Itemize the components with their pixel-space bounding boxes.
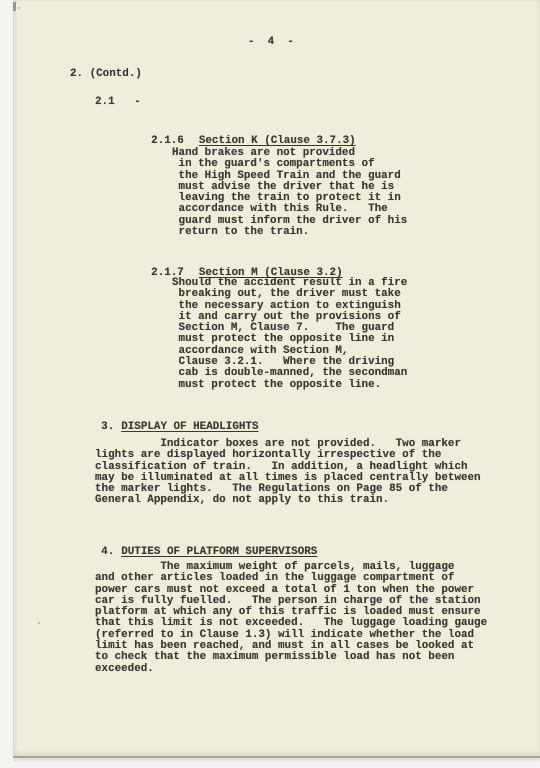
paper-speck bbox=[38, 622, 40, 624]
scanned-page: - 4 - 2. (Contd.) 2.1 - 2.1.6Section K (… bbox=[13, 0, 540, 758]
section-number: 3. bbox=[101, 421, 114, 433]
page-number: - 4 - bbox=[248, 37, 338, 48]
section-number: 4. bbox=[101, 546, 114, 558]
clause-2-1-6-body: Hand brakes are not provided in the guar… bbox=[172, 148, 407, 238]
section-4-body: The maximum weight of parcels, mails, lu… bbox=[95, 562, 487, 675]
section-heading: DUTIES OF PLATFORM SUPERVISORS bbox=[121, 546, 317, 558]
section-heading: DISPLAY OF HEADLIGHTS bbox=[121, 421, 258, 433]
section-contd-label: 2. (Contd.) bbox=[70, 69, 142, 80]
section-3-body: Indicator boxes are not provided. Two ma… bbox=[95, 439, 481, 507]
scan-artifact bbox=[13, 2, 16, 11]
clause-2-1-7-body: Should the accident result in a fire bre… bbox=[172, 278, 407, 391]
clause-number: 2.1.6 bbox=[151, 135, 184, 147]
clause-heading: Section K (Clause 3.7.3) bbox=[199, 135, 356, 147]
subsection-2-1-label: 2.1 - bbox=[95, 97, 141, 108]
paper-speck bbox=[18, 7, 20, 9]
